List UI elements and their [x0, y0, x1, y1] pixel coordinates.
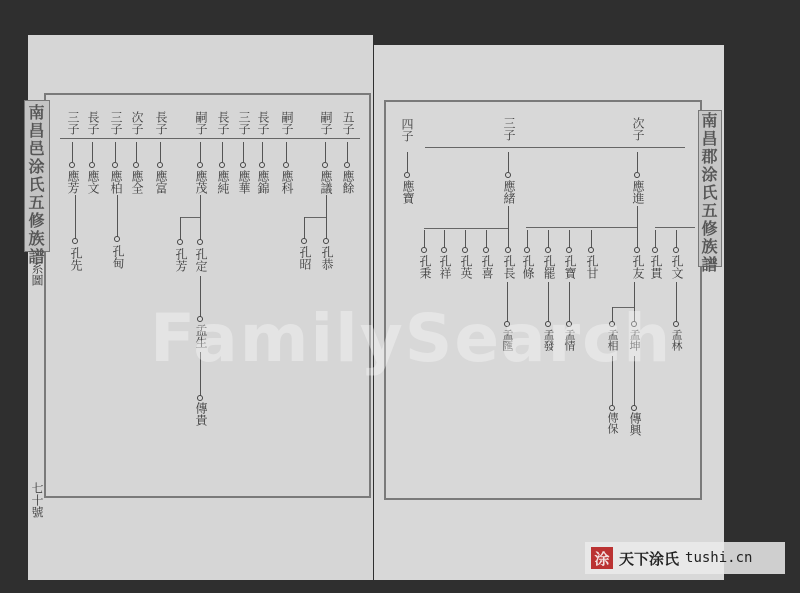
right-gen1-item: 三子	[502, 117, 515, 141]
left-gen2-item: 應柏	[109, 170, 122, 194]
left-gen2-item: 應文	[86, 170, 99, 194]
left-gen1-relation: 次子	[130, 111, 143, 135]
right-gen3-item: 孔英	[459, 255, 472, 279]
left-gen2-item: 應華	[237, 170, 250, 194]
right-gen3-item: 孔貫	[649, 255, 662, 279]
right-gen3-item: 孔友	[631, 255, 644, 279]
right-gen5-item: 傳保	[606, 412, 619, 434]
right-gen2-item: 應緒	[502, 180, 515, 204]
watermark-text: FamilySearch	[150, 300, 672, 377]
left-gen3-item: 孔芳	[174, 248, 187, 272]
left-gen2-item: 應全	[130, 170, 143, 194]
left-gen2-item: 應富	[154, 170, 167, 194]
left-gen2-item: 應科	[280, 170, 293, 194]
left-gen2-item: 應茂	[194, 170, 207, 194]
left-gen1-relation: 嗣子	[280, 111, 293, 135]
left-gen1-relation: 嗣子	[194, 111, 207, 135]
left-gen1-relation: 三子	[237, 111, 250, 135]
right-gen1-item: 四子	[400, 118, 413, 142]
right-gen3-item: 孔文	[670, 255, 683, 279]
right-gen3-item: 孔長	[502, 255, 515, 279]
left-gen2-item: 應錦	[256, 170, 269, 194]
left-gen1-relation: 長子	[256, 111, 269, 135]
site-logo-bar: 涂 天下涂氏 tushi.cn	[585, 542, 785, 574]
right-gen1-item: 次子	[631, 117, 644, 141]
left-gen1-relation: 長子	[154, 111, 167, 135]
site-stamp-icon: 涂	[591, 547, 613, 569]
right-side-title: 南昌郡涂氏五修族譜	[700, 112, 717, 274]
left-gen2-item: 應芳	[66, 170, 79, 194]
left-gen2-item: 應餘	[341, 170, 354, 194]
right-gen3-item: 孔祥	[438, 255, 451, 279]
right-gen2-item: 應進	[631, 180, 644, 204]
left-page-frame	[44, 93, 371, 498]
right-gen3-item: 孔喜	[480, 255, 493, 279]
right-gen2-item: 應寶	[401, 180, 414, 204]
left-gen3-item: 孔恭	[320, 246, 333, 270]
left-gen1-relation: 長子	[86, 111, 99, 135]
left-gen1-relation: 三子	[109, 111, 122, 135]
site-name: 天下涂氏	[619, 548, 679, 569]
right-gen3-item: 孔條	[521, 255, 534, 279]
right-gen5-item: 傳興	[628, 412, 641, 436]
left-gen5-item: 傳貴	[194, 402, 207, 426]
right-gen3-item: 孔甘	[585, 255, 598, 279]
left-gen1-relation: 長子	[216, 111, 229, 135]
site-domain: tushi.cn	[685, 550, 752, 566]
right-gen3-item: 孔罷	[542, 255, 555, 279]
left-gen3-item: 孔甸	[111, 245, 124, 269]
right-gen3-item: 孔寶	[563, 255, 576, 279]
left-gen3-item: 孔昭	[298, 246, 311, 270]
left-gen3-item: 孔定	[194, 248, 207, 272]
left-gen1-relation: 嗣子	[319, 111, 332, 135]
left-side-title: 南昌邑涂氏五修族譜	[26, 104, 44, 266]
left-gen1-relation: 三子	[66, 111, 79, 135]
page-number: 七十號	[30, 482, 43, 518]
left-gen2-item: 應純	[216, 170, 229, 194]
left-gen2-item: 應議	[319, 170, 332, 194]
section-label: 系圖	[30, 262, 43, 286]
right-gen3-item: 孔秉	[418, 255, 431, 279]
left-gen3-item: 孔先	[69, 247, 82, 271]
left-gen1-relation: 五子	[341, 111, 354, 135]
